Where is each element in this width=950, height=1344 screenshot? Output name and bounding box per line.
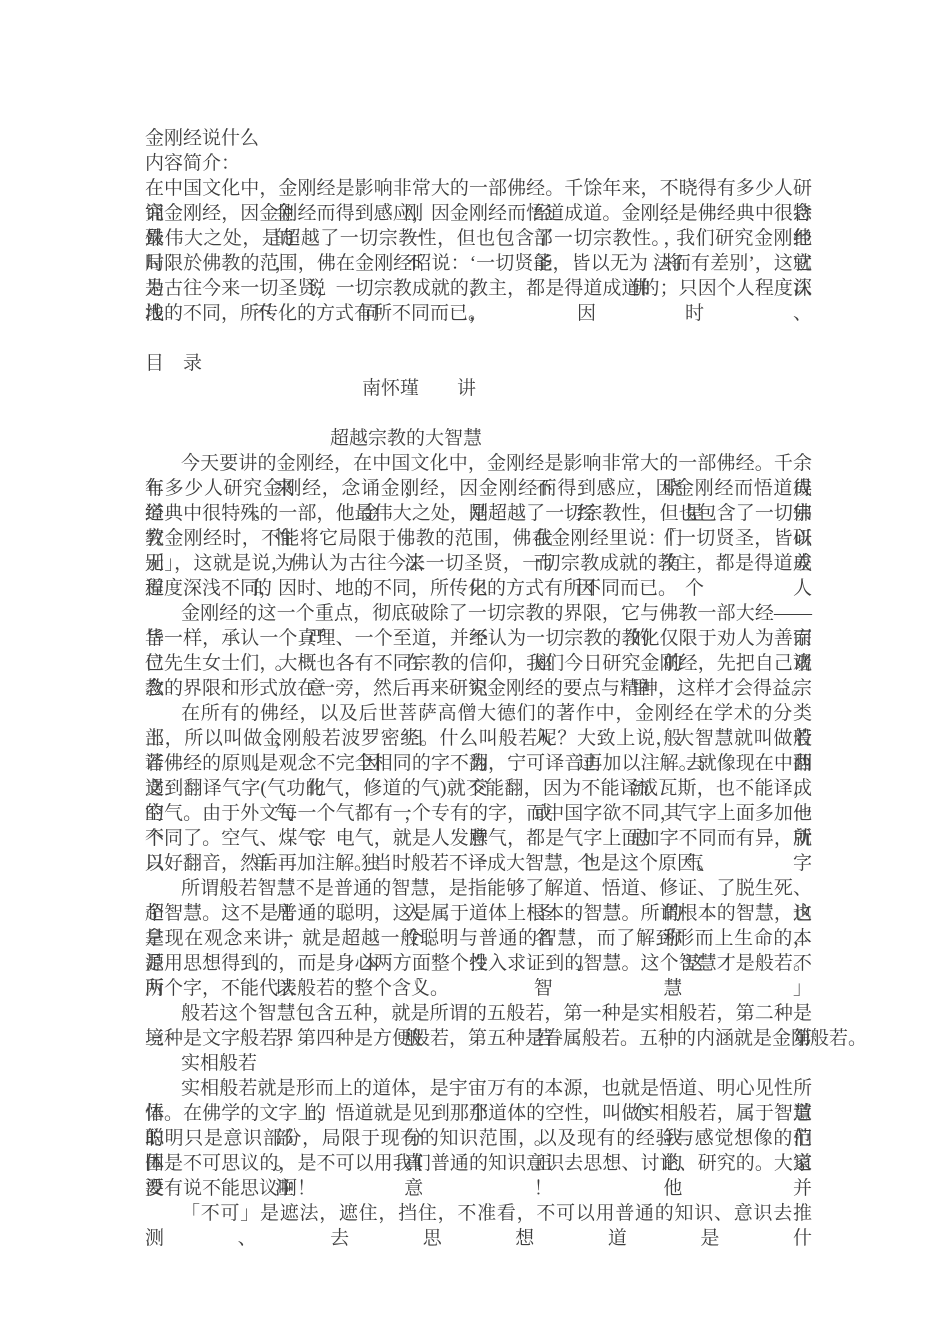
blank-line <box>145 326 812 351</box>
text-line: 的气。由于外文每一个气都有一个专有的字，而中国字欲不同，气字上面多加一个字意思就 <box>145 801 812 826</box>
text-line: 金刚经的这一个重点，彻底破除了一切宗教的界限，它与佛教一部大经——华严经的宗 <box>145 601 812 626</box>
text-line: 实相般若就是形而上的道体，是宇宙万有的本源，也就是悟道、明心见性所悟的那个道 <box>145 1076 812 1101</box>
text-line: 「不可」是遮法，遮住，挡住，不准看，不可以用普通的知识、意识去推测、去思想道是什 <box>145 1201 812 1226</box>
text-line: 聪明只是意识部分，局限于现有的知识范围，以及现有的经验与感觉想像的范围。真正的道 <box>145 1126 812 1151</box>
lecturer-line: 南怀瑾 讲 <box>145 376 812 401</box>
blank-line <box>145 401 812 426</box>
text-line: 遇到翻译气字(气功的气，修道的气)就不能翻，因为不能译成瓦斯，也不能译成空气，或… <box>145 776 812 801</box>
subheading: 实相般若 <box>145 1051 812 1076</box>
text-line: 教的界限和形式放在一旁，然后再来研究金刚经的要点与精神，这样才会得益。 <box>145 676 812 701</box>
document-text: 金刚经说什么 内容简介： 在中国文化中，金刚经是影响非常大的一部佛经。千馀年来，… <box>145 126 812 1226</box>
toc-label: 目 录 <box>145 351 812 376</box>
text-line: 部，所以叫做金刚般若波罗密经。什么叫般若呢？大致上说，大智慧就叫做般若。因为过去… <box>145 726 812 751</box>
doc-title: 金刚经说什么 <box>145 126 812 151</box>
text-line: 究金刚经时，不能将它局限于佛教的范围，佛在金刚经里说：「一切贤圣，皆以无为法而有… <box>145 526 812 551</box>
text-line: 别」，这就是说，佛认为古往今来一切圣贤，一切宗教成就的教主，都是得道成道的；只因… <box>145 551 812 576</box>
document-page: 金刚经说什么 内容简介： 在中国文化中，金刚经是影响非常大的一部佛经。千馀年来，… <box>0 0 950 1344</box>
section-heading: 超越宗教的大智慧 <box>145 426 812 451</box>
intro-label: 内容简介： <box>145 151 812 176</box>
text-line: 诵金刚经，因金刚经而得到感应，因金刚经而悟道成道。金刚经是佛经典中很特殊的一部，… <box>145 201 812 226</box>
text-line: 体是不可思议的，是不可以用我们普通的知识意识去思想、讨论、研究的。大家要注意！他… <box>145 1151 812 1176</box>
text-line: 在中国文化中，金刚经是影响非常大的一部佛经。千馀年来，不晓得有多少人研究金刚经，… <box>145 176 812 201</box>
text-line: 般若这个智慧包含五种，就是所谓的五般若，第一种是实相般若，第二种是境界般若，第 <box>145 1001 812 1026</box>
text-line: 只好翻音，然后再加注解。当时般若不译成大智慧，也是这个原因。 <box>145 851 812 876</box>
text-line: 为古往今来一切圣贤，一切宗教成就的教主，都是得道成道的；只因个人程度深浅不同，因… <box>145 276 812 301</box>
text-line: 译佛经的原则是观念不完全相同的字不翻，宁可译音再加以注解。就像现在中西文化交流， <box>145 751 812 776</box>
text-line: 所谓般若智慧不是普通的智慧，是指能够了解道、悟道、修证、了脱生死、超凡入圣的这 <box>145 876 812 901</box>
text-line: 在所有的佛经，以及后世菩萨高僧大德们的著作中，金刚经在学术的分类上，归入般若 <box>145 701 812 726</box>
text-line: 局限於佛教的范围，佛在金刚经昭说：‘一切贤圣，皆以无为 法而有差别’，这就是说，… <box>145 251 812 276</box>
text-line: 是用思想得到的，而是身心两方面整个投入求证到的智慧。这个智慧才是般若。所以「智慧… <box>145 951 812 976</box>
text-line: 不同了。空气、煤气、电气，就是人发脾气，都是气字上面加字不同而有异，所以单独一个… <box>145 826 812 851</box>
text-line: 个智慧。这不是普通的聪明，这是属于道体上根本的智慧。所谓根本的智慧，也是一个名称… <box>145 901 812 926</box>
text-line: 拿现在观念来讲，就是超越一般聪明与普通的智慧，而了解到形而上生命的本源、本性。这… <box>145 926 812 951</box>
text-line: 体。在佛学的文字上，悟道就是见到那个道体的空性，叫做实相般若，属于智慧的部分。我… <box>145 1101 812 1126</box>
text-line: 三种是文字般若，第四种是方便般若，第五种是眷属般若。五种的内涵就是金刚般若。 <box>145 1026 812 1051</box>
text-line: 旨一样，承认一个真理、一个至道，并不认为一切宗教的教化仅限于劝人为善而已。在座的… <box>145 626 812 651</box>
text-line: 今天要讲的金刚经，在中国文化中，金刚经是影响非常大的一部佛经。千余年来，不晓得 <box>145 451 812 476</box>
text-line: 位先生女士们，大概也各有不同宗教的信仰，我们今日研究金刚经，先把自己观念意识里宗 <box>145 651 812 676</box>
text-line: 最伟大之处，是超越了一切宗教性，但也包含了一切宗教性。 我们研究金刚经时，不能将… <box>145 226 812 251</box>
text-line: 经典中很特殊的一部，他最伟大之处，是超越了一切宗教性，但也包含了一切宗教性。我们… <box>145 501 812 526</box>
text-line: 有多少人研究金刚经，念诵金刚经，因金刚经而得到感应，因金刚经而悟道成道。金刚经是… <box>145 476 812 501</box>
